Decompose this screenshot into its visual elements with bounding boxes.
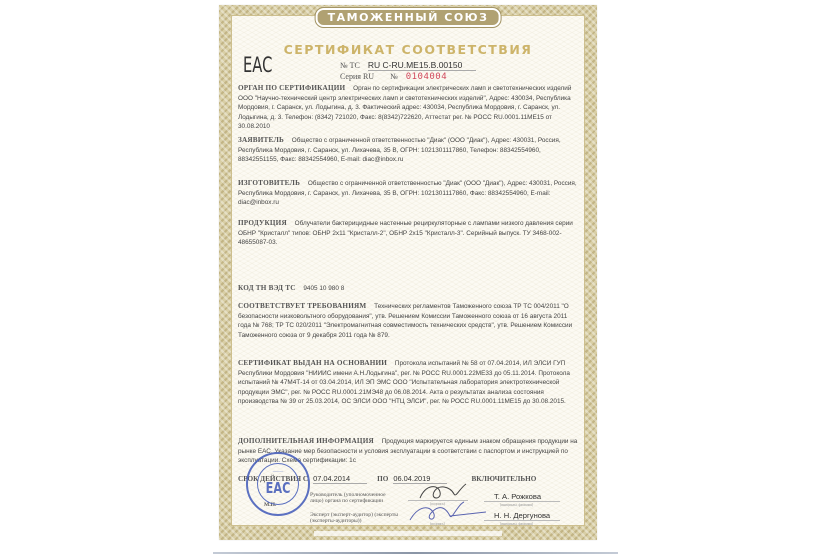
name-line	[484, 520, 560, 521]
section-hs-code: КОД ТН ВЭД ТС 9405 10 980 8	[238, 284, 578, 294]
section-label: ЗАЯВИТЕЛЬ	[238, 136, 284, 144]
certificate-number: RU C-RU.ME15.B.00150	[368, 60, 476, 71]
name-line	[484, 501, 560, 502]
head-role-label: Руководитель (уполномоченное лицо) орган…	[310, 492, 398, 504]
series-row: Серия RU № 0104004	[340, 72, 447, 82]
certificate-title: СЕРТИФИКАТ СООТВЕТСТВИЯ	[232, 42, 584, 57]
name-caption: (инициалы, фамилия)	[500, 522, 533, 526]
validity-inclusive-label: ВКЛЮЧИТЕЛЬНО	[471, 475, 536, 483]
serial-label: №	[390, 72, 398, 81]
section-label: ПРОДУКЦИЯ	[238, 219, 287, 227]
number-label: № ТС	[340, 61, 360, 70]
certificate-document: ТАМОЖЕННЫЙ СОЮЗ СЕРТИФИКАТ СООТВЕТСТВИЯ …	[219, 5, 597, 540]
stamp-ring-text: · · · · ·	[248, 457, 308, 461]
section-label: ОРГАН ПО СЕРТИФИКАЦИИ	[238, 84, 345, 92]
signature-caption: (подпись)	[430, 522, 445, 526]
series-label: Серия RU	[340, 72, 374, 81]
certificate-number-row: № ТС RU C-RU.ME15.B.00150	[340, 60, 476, 71]
section-product: ПРОДУКЦИЯ Облучатели бактерицидные насте…	[238, 219, 578, 248]
expert-name: Н. Н. Дергунова	[494, 511, 550, 520]
section-label: СЕРТИФИКАТ ВЫДАН НА ОСНОВАНИИ	[238, 359, 387, 367]
section-label: СООТВЕТСТВУЕТ ТРЕБОВАНИЯМ	[238, 302, 366, 310]
section-certification-body: ОРГАН ПО СЕРТИФИКАЦИИ Орган по сертифика…	[238, 84, 578, 132]
eac-mark-icon: EAC	[243, 53, 272, 77]
stamp-inner-text: ———	[248, 469, 308, 473]
validity-date-from: 07.04.2014	[313, 474, 367, 484]
stamp-eac-mark: EAC	[256, 479, 301, 497]
section-label: КОД ТН ВЭД ТС	[238, 284, 296, 292]
serial-number: 0104004	[406, 72, 447, 82]
validity-to-label: ПО	[377, 475, 388, 483]
footer-microtext	[314, 531, 502, 536]
section-text: Общество с ограниченной ответственностью…	[238, 137, 561, 163]
section-label: ИЗГОТОВИТЕЛЬ	[238, 179, 300, 187]
head-name: Т. А. Рожкова	[494, 492, 541, 501]
name-caption: (инициалы, фамилия)	[500, 503, 533, 507]
section-text: 9405 10 980 8	[303, 285, 344, 292]
section-label: ДОПОЛНИТЕЛЬНАЯ ИНФОРМАЦИЯ	[238, 437, 374, 445]
section-issued-based-on: СЕРТИФИКАТ ВЫДАН НА ОСНОВАНИИ Протокола …	[238, 359, 578, 407]
certification-stamp: · · · · · ——— EAC	[246, 452, 310, 516]
section-conforms-to: СООТВЕТСТВУЕТ ТРЕБОВАНИЯМ Технических ре…	[238, 302, 578, 340]
expert-signature-icon	[406, 500, 486, 526]
section-manufacturer: ИЗГОТОВИТЕЛЬ Общество с ограниченной отв…	[238, 179, 578, 208]
expert-role-label: Эксперт (эксперт-аудитор) (эксперты (экс…	[310, 512, 402, 524]
certificate-inner-area: СЕРТИФИКАТ СООТВЕТСТВИЯ EAC № ТС RU C-RU…	[231, 15, 585, 526]
customs-union-banner: ТАМОЖЕННЫЙ СОЮЗ	[316, 8, 501, 27]
section-applicant: ЗАЯВИТЕЛЬ Общество с ограниченной ответс…	[238, 136, 578, 165]
section-text: Облучатели бактерицидные настенные рецир…	[238, 220, 573, 246]
